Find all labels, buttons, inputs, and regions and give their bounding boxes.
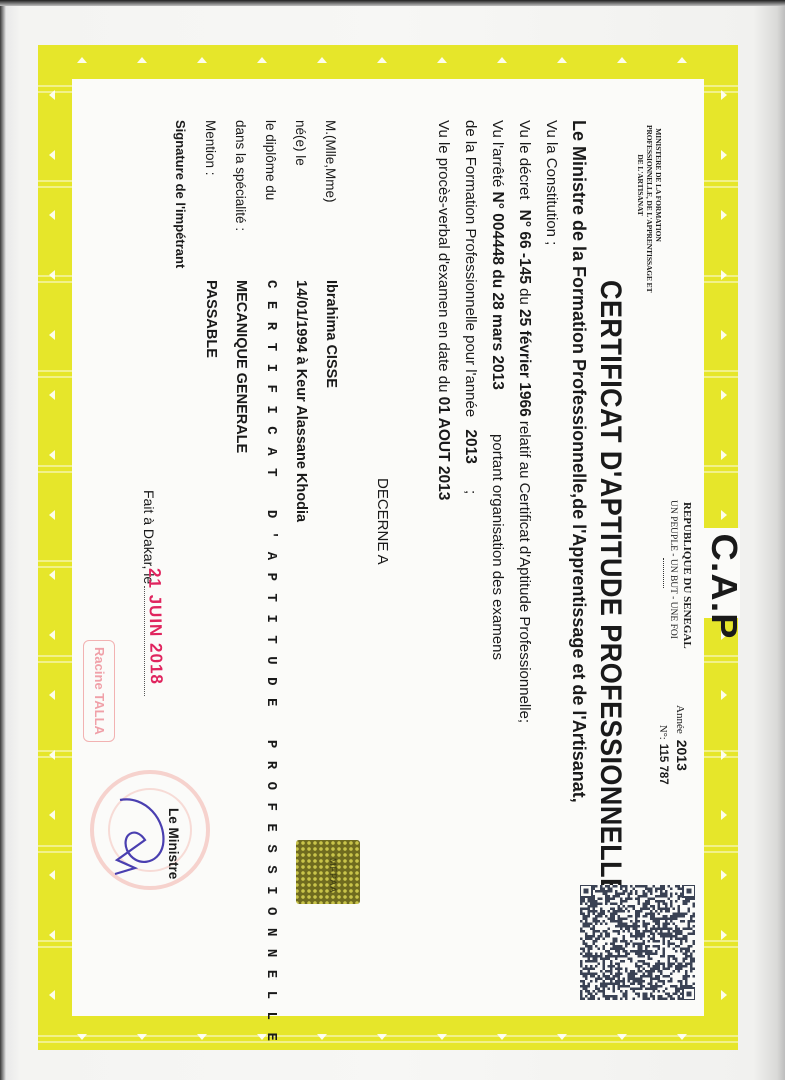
year-field: Année2013 [674, 705, 690, 771]
border-ornament [197, 1034, 207, 1040]
field-label: dans la spécialité : [233, 120, 248, 231]
border-ornament [721, 810, 727, 820]
pv-line: Vu le procès-verbal d'examen en date du … [434, 120, 452, 500]
border-ornament [437, 57, 447, 63]
field-value: PASSABLE [203, 280, 219, 358]
signatory-title: Le Ministre [166, 808, 181, 879]
border-ornament [49, 330, 55, 340]
formation-text: de la Formation Professionnelle pour l'a… [462, 120, 479, 417]
border-ornament [617, 57, 627, 63]
minister-line: Le Ministre de la Formation Professionne… [568, 120, 589, 803]
border-ornament [721, 90, 727, 100]
border-ornament [197, 57, 207, 63]
field-label: Mention : [203, 120, 218, 176]
certificate-title: CERTIFICAT D'APTITUDE PROFESSIONNELLE [593, 280, 627, 897]
border-ornament [557, 1034, 567, 1040]
border-ornament [49, 450, 55, 460]
border-ornament [721, 990, 727, 1000]
formation-year: 2013 [462, 429, 479, 463]
ministry-header: MINISTERE DE LA FORMATION PROFESSIONNELL… [636, 125, 663, 245]
number-value: 115 787 [657, 744, 669, 785]
qr-code [580, 885, 695, 1000]
hologram-sticker: MFPAA [296, 840, 360, 904]
field-value: CERTIFICAT D'APTITUDE PROFESSIONNELLE [263, 280, 279, 1053]
border-ornament [137, 1034, 147, 1040]
border-ornament [49, 930, 55, 940]
border-ornament [497, 1034, 507, 1040]
border-ornament [49, 990, 55, 1000]
decree-date: 25 février 1966 [516, 309, 533, 417]
field-label: né(e) le [293, 120, 308, 166]
border-ornament [721, 450, 727, 460]
field-value: 14/01/1994 à Keur Alassane Khodia [293, 280, 309, 522]
border-ornament [49, 150, 55, 160]
pv-date: 01 AOUT 2013 [435, 397, 452, 501]
border-ornament [721, 150, 727, 160]
decree-suffix: relatif au Certificat d'Aptitude Profess… [516, 421, 533, 723]
field-label: Signature de l'impétrant [173, 120, 188, 268]
decree-number: N° 66 -145 [516, 210, 533, 284]
border-ornament [77, 1034, 87, 1040]
decree-prefix: Vu le décret [516, 120, 533, 200]
border-ornament [721, 390, 727, 400]
arrete-prefix: Vu l'arrêté [489, 120, 506, 187]
certificate-number: N°:115 787 [657, 725, 669, 785]
border-ornament [721, 510, 727, 520]
border-ornament [49, 570, 55, 580]
border-ornament [49, 390, 55, 400]
field-label: le diplôme du [263, 120, 278, 200]
decree-du: du [516, 288, 533, 305]
ministry-line-1: MINISTERE DE LA FORMATION [654, 125, 663, 245]
field-value: Ibrahima CISSE [323, 280, 339, 388]
date-stamp: 21 JUIN 2018 [144, 568, 166, 685]
certificate-document: MINISTERE DE LA FORMATION PROFESSIONNELL… [0, 0, 785, 1080]
year-label: Année [674, 705, 686, 734]
field-value: MECANIQUE GENERALE [233, 280, 249, 453]
cap-acronym: C.A.P [703, 533, 745, 639]
official-name-stamp: Racine TALLA [83, 640, 115, 742]
border-ornament [49, 630, 55, 640]
pv-text: Vu le procès-verbal d'examen en date du [435, 120, 452, 392]
hologram-text: MFPAA [328, 858, 338, 893]
border-ornament [49, 870, 55, 880]
border-ornament [49, 810, 55, 820]
border-ornament [137, 57, 147, 63]
national-motto: UN PEUPLE - UN BUT - UNE FOI [668, 500, 678, 639]
border-ornament [49, 510, 55, 520]
border-ornament [721, 930, 727, 940]
border-ornament [377, 57, 387, 63]
decerne-heading: DECERNE A [374, 478, 391, 565]
constitution-line: Vu la Constitution ; [543, 120, 560, 245]
border-ornament [721, 270, 727, 280]
border-ornament [49, 90, 55, 100]
arrete-line: Vu l'arrêté N° 004448 du 28 mars 2013 po… [488, 120, 506, 660]
border-ornament [677, 1034, 687, 1040]
border-ornament [721, 690, 727, 700]
republic-name: REPUBLIQUE DU SENEGAL [681, 502, 693, 649]
border-ornament [377, 1034, 387, 1040]
border-ornament [721, 750, 727, 760]
border-ornament [721, 870, 727, 880]
border-ornament [257, 57, 267, 63]
border-ornament [49, 270, 55, 280]
border-ornament [49, 690, 55, 700]
motto-divider [663, 558, 664, 588]
number-label: N°: [657, 725, 668, 740]
decree-line: Vu le décret N° 66 -145 du 25 février 19… [515, 120, 533, 723]
formation-end: ; [462, 490, 479, 494]
border-ornament [721, 330, 727, 340]
ministry-line-3: DE L'ARTISANAT [636, 125, 645, 245]
minister-signature [105, 790, 175, 880]
border-ornament [49, 750, 55, 760]
ministry-line-2: PROFESSIONNELLE, DE L'APPRENTISSAGE ET [645, 125, 654, 245]
border-ornament [557, 57, 567, 63]
border-ornament [77, 57, 87, 63]
border-ornament [49, 210, 55, 220]
border-ornament [497, 57, 507, 63]
border-ornament [317, 57, 327, 63]
border-ornament [437, 1034, 447, 1040]
arrete-ref: N° 004448 du 28 mars 2013 [489, 192, 506, 390]
year-value: 2013 [674, 740, 690, 771]
border-ornament [617, 1034, 627, 1040]
formation-line: de la Formation Professionnelle pour l'a… [461, 120, 479, 494]
border-ornament [677, 57, 687, 63]
border-ornament [721, 210, 727, 220]
arrete-suffix: portant organisation des examens [489, 434, 506, 660]
field-label: M.(Mlle,Mme) [323, 120, 338, 203]
border-ornament [317, 1034, 327, 1040]
